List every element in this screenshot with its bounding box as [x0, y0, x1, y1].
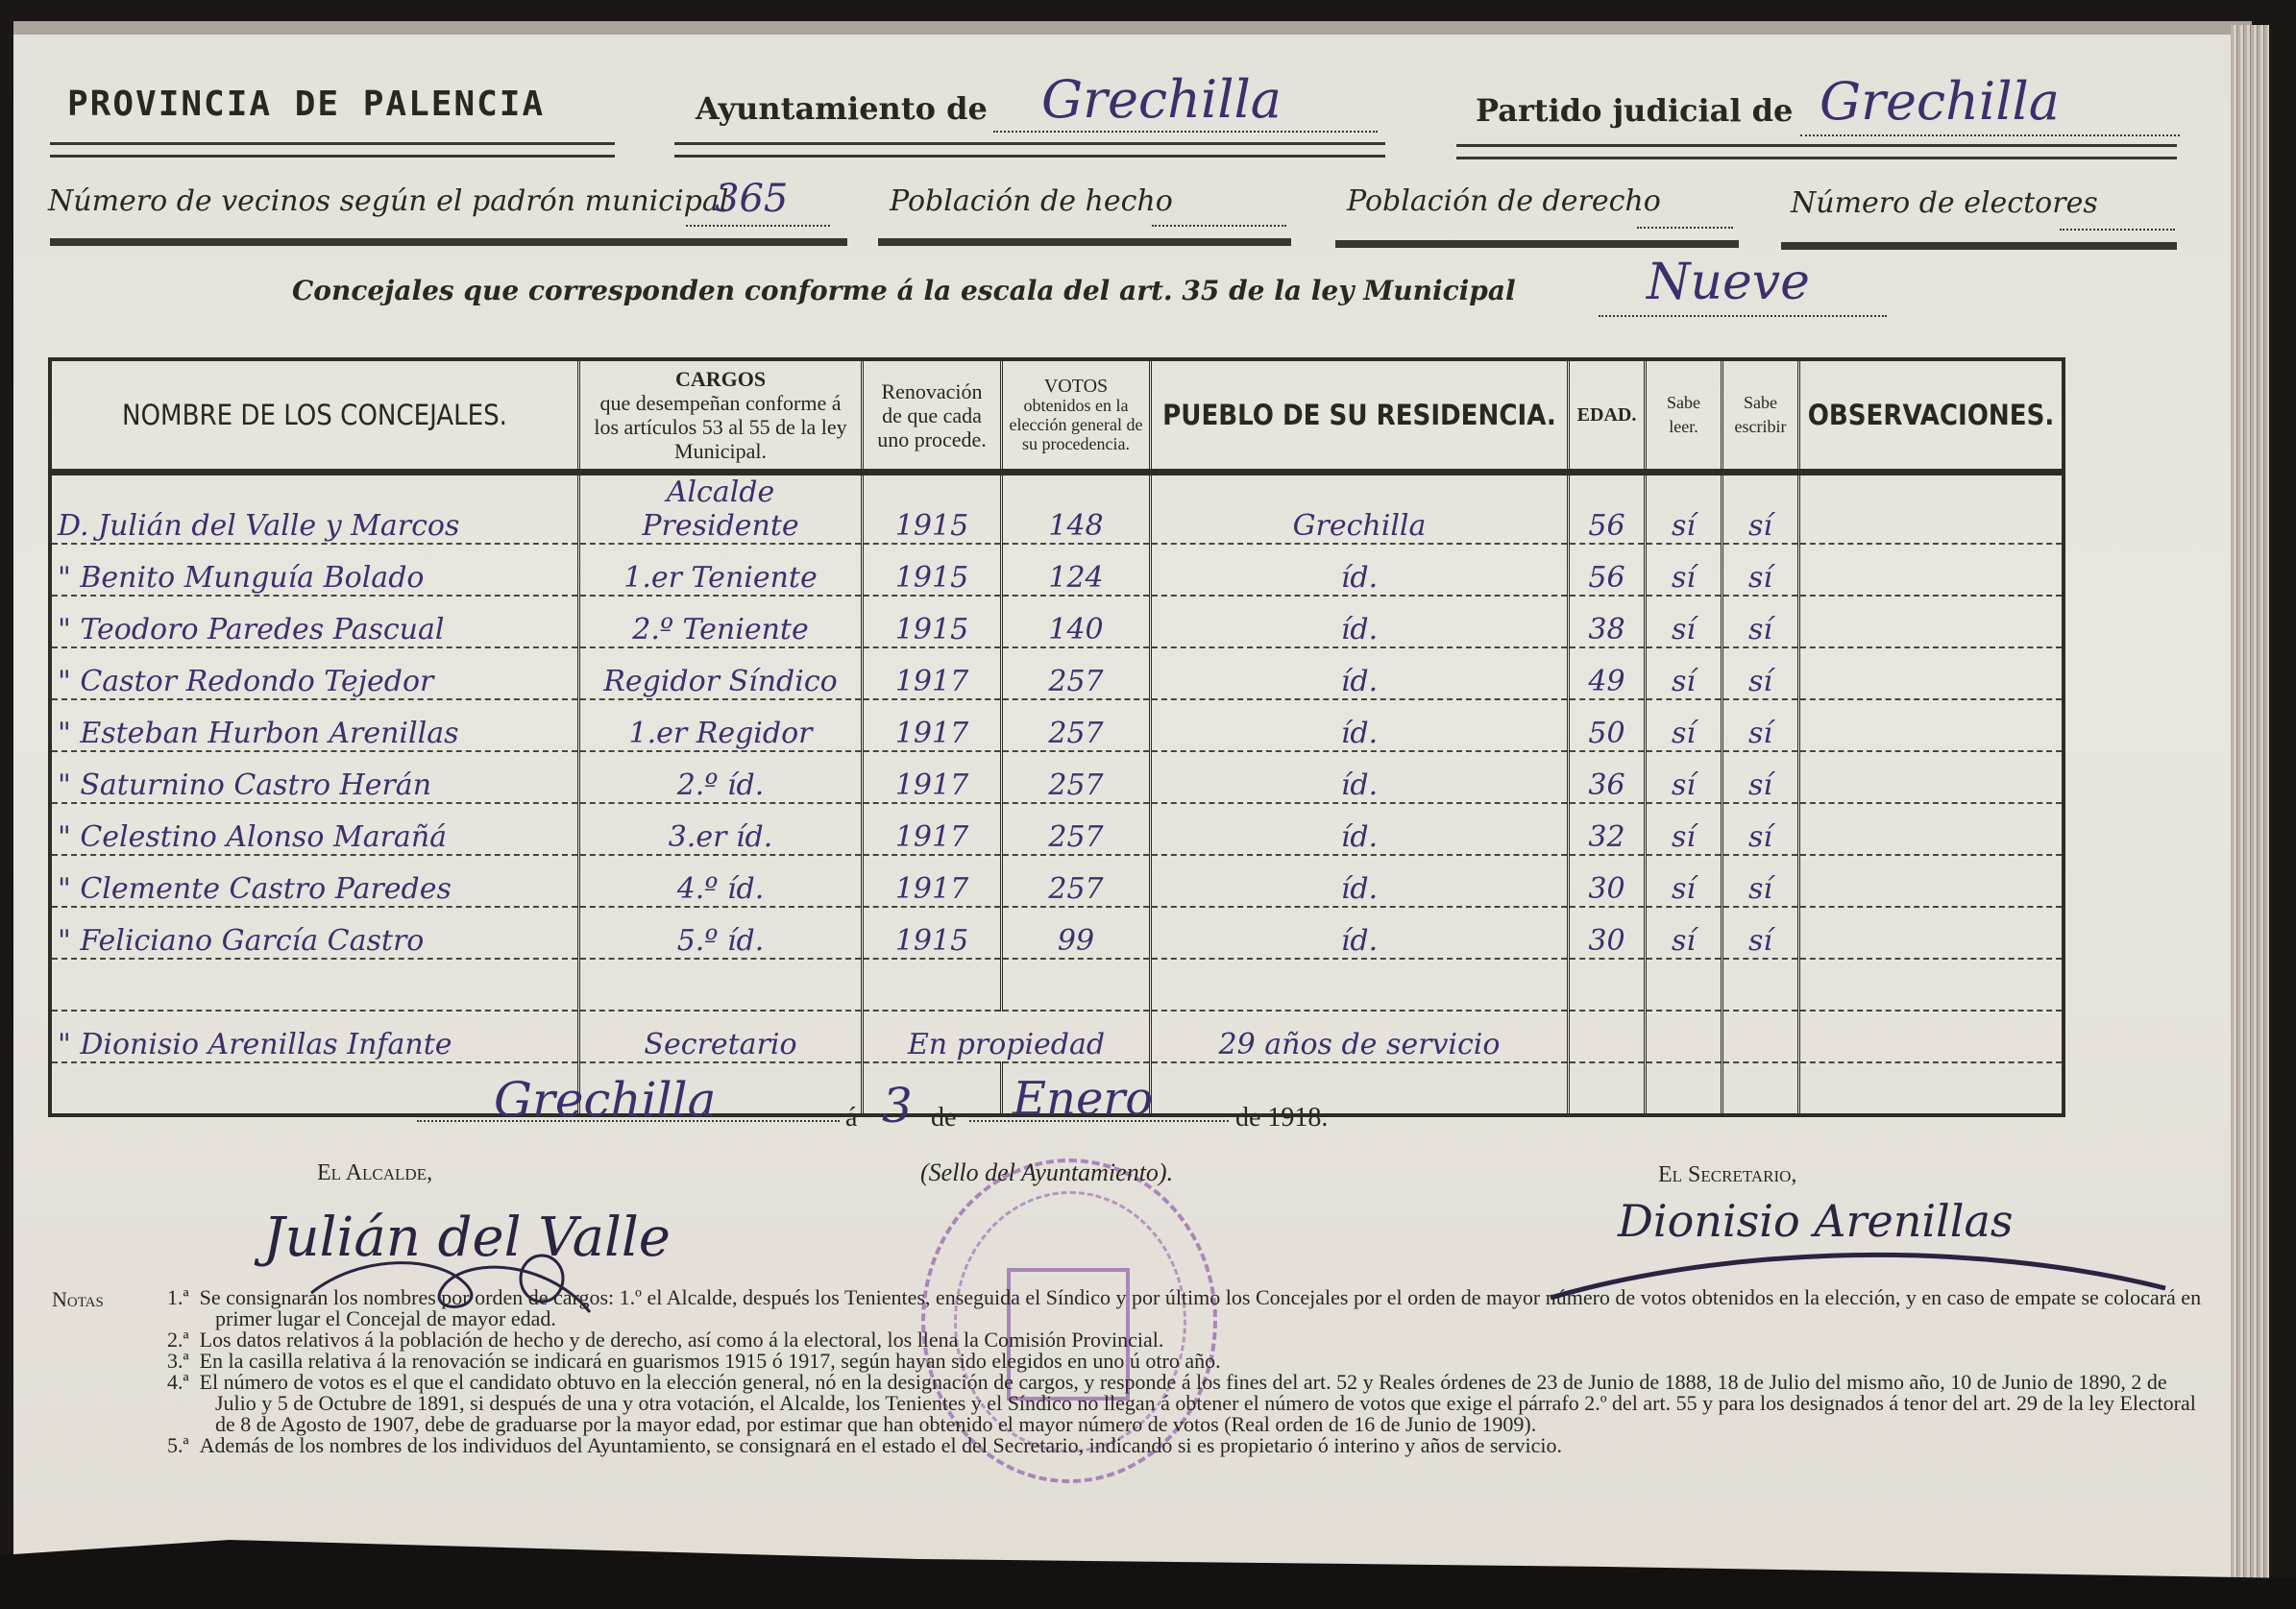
- cell-nombre[interactable]: " Saturnino Castro Herán: [50, 751, 579, 803]
- stats-rule: [878, 238, 1291, 246]
- cell-renovacion[interactable]: 1915: [863, 544, 1002, 596]
- cell-observaciones[interactable]: [1799, 1011, 2064, 1062]
- cell-escribir[interactable]: sí: [1722, 596, 1799, 647]
- cell-renovacion[interactable]: 1917: [863, 647, 1002, 699]
- col-header-votos: VOTOS obtenidos en la elección general d…: [1002, 359, 1151, 473]
- cell-observaciones[interactable]: [1799, 855, 2064, 907]
- cell-escribir[interactable]: sí: [1722, 647, 1799, 699]
- cell-leer[interactable]: sí: [1646, 855, 1722, 907]
- cell-pueblo[interactable]: íd.: [1151, 907, 1569, 959]
- cell-leer[interactable]: sí: [1646, 699, 1722, 751]
- cell-nombre[interactable]: " Celestino Alonso Marañá: [50, 803, 579, 855]
- cell-leer[interactable]: [1646, 959, 1722, 1011]
- table-row: " Teodoro Paredes Pascual 2.º Teniente 1…: [50, 596, 2064, 647]
- cell-edad[interactable]: [1569, 959, 1646, 1011]
- note-text: El número de votos es el que el candidat…: [200, 1370, 2196, 1436]
- cell-renovacion[interactable]: 1917: [863, 803, 1002, 855]
- cell-escribir[interactable]: sí: [1722, 473, 1799, 545]
- cell-observaciones[interactable]: [1799, 647, 2064, 699]
- cell-cargo[interactable]: 1.er Teniente: [579, 544, 863, 596]
- alcalde-label: El Alcalde,: [317, 1160, 432, 1186]
- header-rule: [1456, 144, 2177, 159]
- cell-renovacion[interactable]: En propiedad: [863, 1011, 1151, 1062]
- cell-cargo[interactable]: 3.er íd.: [579, 803, 863, 855]
- document-page: PROVINCIA DE PALENCIA Ayuntamiento de Gr…: [13, 21, 2252, 1577]
- cell-cargo[interactable]: Secretario: [579, 1011, 863, 1062]
- cell-leer[interactable]: sí: [1646, 803, 1722, 855]
- cell-escribir[interactable]: [1722, 1011, 1799, 1062]
- cell-edad[interactable]: 56: [1569, 473, 1646, 545]
- electores-label: Número de electores: [1791, 186, 2098, 220]
- cell-pueblo[interactable]: íd.: [1151, 596, 1569, 647]
- col-header-nombre: NOMBRE DE LOS CONCEJALES.: [50, 359, 579, 473]
- cell-votos[interactable]: 124: [1002, 544, 1151, 596]
- cell-votos[interactable]: [1002, 959, 1151, 1011]
- cell-edad[interactable]: 56: [1569, 544, 1646, 596]
- cell-observaciones[interactable]: [1799, 959, 2064, 1011]
- poblacion-derecho-field[interactable]: [1637, 225, 1733, 229]
- cell-votos[interactable]: 99: [1002, 907, 1151, 959]
- cell-votos[interactable]: 257: [1002, 699, 1151, 751]
- cell-edad[interactable]: 30: [1569, 855, 1646, 907]
- cell-pueblo[interactable]: íd.: [1151, 751, 1569, 803]
- votos-title: VOTOS: [1009, 377, 1143, 396]
- concejales-label: Concejales que corresponden conforme á l…: [292, 275, 1516, 306]
- cell-renovacion[interactable]: 1915: [863, 907, 1002, 959]
- note-item: 1.ª Se consignarán los nombres por orden…: [52, 1287, 2204, 1329]
- table-row: " Benito Munguía Bolado 1.er Teniente 19…: [50, 544, 2064, 596]
- note-item: 2.ª Los datos relativos á la población d…: [52, 1329, 2204, 1351]
- ayuntamiento-value: Grechilla: [1041, 69, 1282, 130]
- note-item: 4.ª El número de votos es el que el cand…: [52, 1372, 2204, 1435]
- table-row: " Clemente Castro Paredes 4.º íd. 1917 2…: [50, 855, 2064, 907]
- notes-section: Notas 1.ª Se consignarán los nombres por…: [52, 1287, 2204, 1456]
- cell-votos[interactable]: 257: [1002, 751, 1151, 803]
- provincia-title: PROVINCIA DE PALENCIA: [67, 85, 545, 124]
- cell-nombre[interactable]: " Castor Redondo Tejedor: [50, 647, 579, 699]
- cell-nombre[interactable]: D. Julián del Valle y Marcos: [50, 473, 579, 545]
- vecinos-value: 365: [715, 177, 788, 221]
- col-header-renovacion: Renovación de que cada uno procede.: [863, 359, 1002, 473]
- cell-observaciones[interactable]: [1799, 596, 2064, 647]
- cell-cargo[interactable]: 2.º Teniente: [579, 596, 863, 647]
- table-row: D. Julián del Valle y Marcos Alcalde Pre…: [50, 473, 2064, 545]
- table-header-row: NOMBRE DE LOS CONCEJALES. CARGOS que des…: [50, 359, 2064, 473]
- table-row: " Celestino Alonso Marañá 3.er íd. 1917 …: [50, 803, 2064, 855]
- cell-votos[interactable]: 257: [1002, 803, 1151, 855]
- poblacion-hecho-label: Población de hecho: [890, 184, 1173, 218]
- cell-nombre[interactable]: " Esteban Hurbon Arenillas: [50, 699, 579, 751]
- cell-edad[interactable]: [1569, 1011, 1646, 1062]
- cell-nombre[interactable]: " Benito Munguía Bolado: [50, 544, 579, 596]
- cell-nombre[interactable]: " Teodoro Paredes Pascual: [50, 596, 579, 647]
- note-text: Además de los nombres de los individuos …: [200, 1433, 1562, 1457]
- cell-renovacion[interactable]: 1917: [863, 751, 1002, 803]
- col-header-escribir: Sabe escribir: [1722, 359, 1799, 473]
- cell-escribir[interactable]: sí: [1722, 751, 1799, 803]
- cell-pueblo[interactable]: [1151, 1062, 1569, 1115]
- table-row-secretario: " Dionisio Arenillas Infante Secretario …: [50, 1011, 2064, 1062]
- cell-cargo[interactable]: 2.º íd.: [579, 751, 863, 803]
- cell-escribir[interactable]: sí: [1722, 699, 1799, 751]
- cell-votos[interactable]: 257: [1002, 647, 1151, 699]
- cell-renovacion[interactable]: [863, 959, 1002, 1011]
- cell-escribir[interactable]: [1722, 1062, 1799, 1115]
- cell-cargo[interactable]: Regidor Síndico: [579, 647, 863, 699]
- cell-pueblo[interactable]: íd.: [1151, 699, 1569, 751]
- cell-leer[interactable]: sí: [1646, 544, 1722, 596]
- note-item: 5.ª Además de los nombres de los individ…: [52, 1435, 2204, 1456]
- col-header-pueblo: PUEBLO DE SU RESIDENCIA.: [1151, 359, 1569, 473]
- cell-edad[interactable]: [1569, 1062, 1646, 1115]
- cell-edad[interactable]: 32: [1569, 803, 1646, 855]
- cell-observaciones[interactable]: [1799, 803, 2064, 855]
- votos-subtitle: obtenidos en la elección general de su p…: [1009, 396, 1143, 453]
- note-number: 1.ª: [167, 1285, 189, 1309]
- note-item: 3.ª En la casilla relativa á la renovaci…: [52, 1351, 2204, 1372]
- cell-leer[interactable]: sí: [1646, 647, 1722, 699]
- vecinos-label: Número de vecinos según el padrón munici…: [48, 184, 728, 218]
- date-year: de 1918.: [1235, 1103, 1328, 1134]
- table-row: " Castor Redondo Tejedor Regidor Síndico…: [50, 647, 2064, 699]
- date-day: 3: [882, 1078, 913, 1134]
- cargos-subtitle: que desempeñan conforme á los artículos …: [586, 391, 855, 463]
- col-header-edad: EDAD.: [1569, 359, 1646, 473]
- cell-pueblo[interactable]: íd.: [1151, 544, 1569, 596]
- cell-observaciones[interactable]: [1799, 473, 2064, 545]
- cell-cargo[interactable]: 4.º íd.: [579, 855, 863, 907]
- cell-renovacion[interactable]: 1915: [863, 473, 1002, 545]
- cell-pueblo[interactable]: Grechilla: [1151, 473, 1569, 545]
- cell-edad[interactable]: 50: [1569, 699, 1646, 751]
- cell-pueblo[interactable]: [1151, 959, 1569, 1011]
- col-header-cargos: CARGOS que desempeñan conforme á los art…: [579, 359, 863, 473]
- concejales-field[interactable]: [1599, 313, 1887, 317]
- cell-leer[interactable]: sí: [1646, 473, 1722, 545]
- cell-renovacion[interactable]: 1917: [863, 699, 1002, 751]
- concejales-table: NOMBRE DE LOS CONCEJALES. CARGOS que des…: [48, 357, 2065, 1117]
- cell-pueblo[interactable]: íd.: [1151, 647, 1569, 699]
- table-row: " Saturnino Castro Herán 2.º íd. 1917 25…: [50, 751, 2064, 803]
- cell-edad[interactable]: 38: [1569, 596, 1646, 647]
- cell-observaciones[interactable]: [1799, 907, 2064, 959]
- cell-leer[interactable]: [1646, 1062, 1722, 1115]
- cell-observaciones[interactable]: [1799, 751, 2064, 803]
- cell-edad[interactable]: 30: [1569, 907, 1646, 959]
- cell-leer[interactable]: [1646, 1011, 1722, 1062]
- cell-renovacion[interactable]: 1915: [863, 596, 1002, 647]
- secretario-label: El Secretario,: [1658, 1162, 1796, 1188]
- cell-edad[interactable]: 49: [1569, 647, 1646, 699]
- cell-observaciones[interactable]: [1799, 544, 2064, 596]
- partido-value: Grechilla: [1820, 71, 2060, 132]
- cell-nombre[interactable]: " Dionisio Arenillas Infante: [50, 1011, 579, 1062]
- cell-pueblo[interactable]: íd.: [1151, 855, 1569, 907]
- cell-renovacion[interactable]: 1917: [863, 855, 1002, 907]
- cell-pueblo[interactable]: íd.: [1151, 803, 1569, 855]
- col-header-observaciones: OBSERVACIONES.: [1799, 359, 2064, 473]
- cell-cargo[interactable]: 1.er Regidor: [579, 699, 863, 751]
- stats-rule: [1781, 242, 2177, 250]
- cell-votos[interactable]: 140: [1002, 596, 1151, 647]
- date-de: de: [931, 1103, 956, 1134]
- poblacion-derecho-label: Población de derecho: [1347, 184, 1661, 218]
- cell-votos[interactable]: 257: [1002, 855, 1151, 907]
- cell-nombre[interactable]: " Feliciano García Castro: [50, 907, 579, 959]
- date-place: Grechilla: [494, 1072, 716, 1128]
- cell-pueblo[interactable]: 29 años de servicio: [1151, 1011, 1569, 1062]
- poblacion-hecho-field[interactable]: [1152, 223, 1286, 227]
- cell-cargo[interactable]: [579, 959, 863, 1011]
- book-page-edges: [2231, 25, 2269, 1591]
- stats-rule: [50, 238, 847, 246]
- table-row: [50, 959, 2064, 1011]
- sello-label: (Sello del Ayuntamiento).: [920, 1158, 1173, 1187]
- cell-escribir[interactable]: sí: [1722, 544, 1799, 596]
- date-month: Enero: [1013, 1072, 1153, 1126]
- cell-escribir[interactable]: [1722, 959, 1799, 1011]
- partido-dotline: [1800, 133, 2180, 136]
- partido-label: Partido judicial de: [1476, 92, 1793, 129]
- header-rule: [674, 142, 1385, 158]
- note-number: 5.ª: [167, 1433, 189, 1457]
- cell-nombre[interactable]: " Clemente Castro Paredes: [50, 855, 579, 907]
- cell-observaciones[interactable]: [1799, 1062, 2064, 1115]
- vecinos-field[interactable]: [686, 223, 830, 227]
- cell-escribir[interactable]: sí: [1722, 907, 1799, 959]
- cell-leer[interactable]: sí: [1646, 596, 1722, 647]
- header-rule: [50, 142, 615, 158]
- table-row: " Feliciano García Castro 5.º íd. 1915 9…: [50, 907, 2064, 959]
- cargos-title: CARGOS: [586, 367, 855, 391]
- note-number: 4.ª: [167, 1370, 189, 1394]
- col-header-leer: Sabe leer.: [1646, 359, 1722, 473]
- cell-cargo[interactable]: Alcalde Presidente: [579, 473, 863, 545]
- cell-nombre[interactable]: [50, 959, 579, 1011]
- cell-observaciones[interactable]: [1799, 699, 2064, 751]
- note-text: Se consignarán los nombres por orden de …: [200, 1285, 2202, 1330]
- date-a: á: [845, 1103, 857, 1134]
- cell-leer[interactable]: sí: [1646, 751, 1722, 803]
- cell-escribir[interactable]: sí: [1722, 803, 1799, 855]
- cell-leer[interactable]: sí: [1646, 907, 1722, 959]
- electores-field[interactable]: [2060, 227, 2175, 231]
- cell-escribir[interactable]: sí: [1722, 855, 1799, 907]
- table-row: " Esteban Hurbon Arenillas 1.er Regidor …: [50, 699, 2064, 751]
- cell-cargo[interactable]: 5.º íd.: [579, 907, 863, 959]
- ayuntamiento-label: Ayuntamiento de: [696, 90, 988, 127]
- cell-votos[interactable]: 148: [1002, 473, 1151, 545]
- cell-edad[interactable]: 36: [1569, 751, 1646, 803]
- concejales-value: Nueve: [1647, 254, 1810, 311]
- stats-rule: [1335, 240, 1739, 248]
